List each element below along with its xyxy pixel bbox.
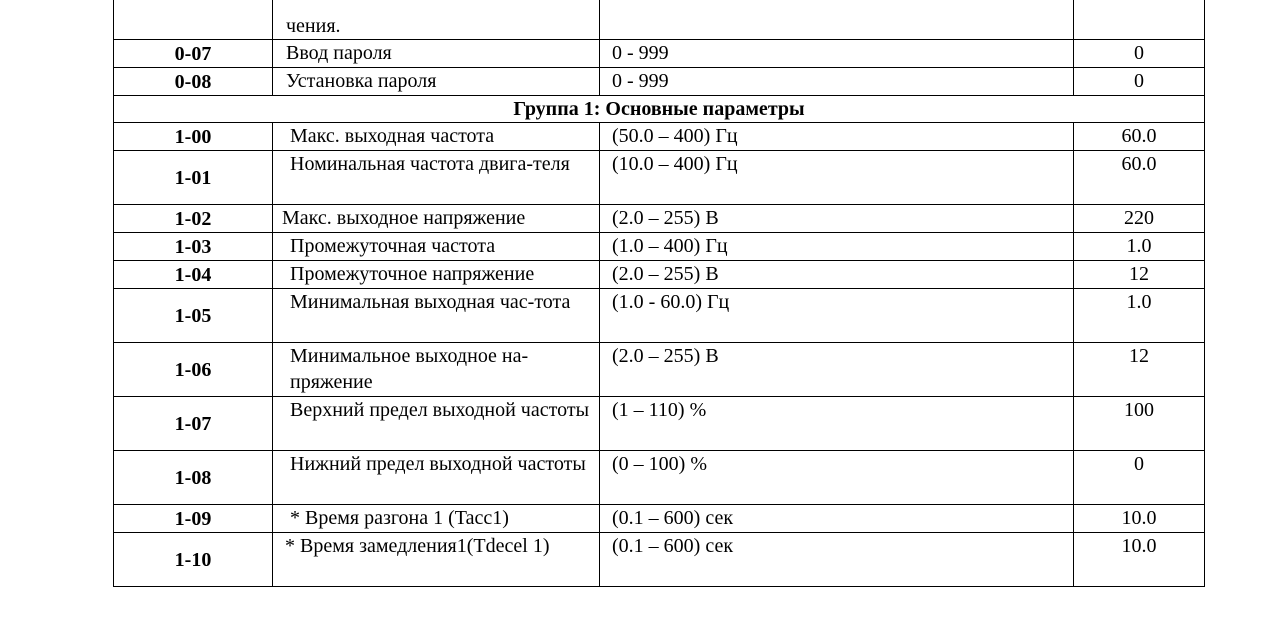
param-range: (0 – 100) % (600, 451, 1074, 505)
table-row: 1-10 * Время замедления1(Tdecel 1) (0.1 … (114, 533, 1205, 587)
param-name: Установка пароля (273, 68, 600, 96)
param-code: 1-04 (114, 261, 273, 289)
parameters-table: чения. 0-07 Ввод пароля 0 - 999 0 0-08 У… (113, 0, 1205, 587)
table-row: 1-05 Минимальная выходная час-тота (1.0 … (114, 289, 1205, 343)
param-range: 0 - 999 (600, 68, 1074, 96)
param-range: (2.0 – 255) В (600, 261, 1074, 289)
param-default: 0 (1074, 40, 1205, 68)
param-default: 0 (1074, 451, 1205, 505)
table-row: 1-09 * Время разгона 1 (Tacc1) (0.1 – 60… (114, 505, 1205, 533)
table-row: 1-07 Верхний предел выходной частоты (1 … (114, 397, 1205, 451)
param-range: (1 – 110) % (600, 397, 1074, 451)
param-default: 60.0 (1074, 123, 1205, 151)
param-name: Минимальная выходная час-тота (273, 289, 600, 343)
param-code: 1-03 (114, 233, 273, 261)
table-row: 1-00 Макс. выходная частота (50.0 – 400)… (114, 123, 1205, 151)
param-code: 0-07 (114, 40, 273, 68)
param-code: 1-07 (114, 397, 273, 451)
param-default: 12 (1074, 343, 1205, 397)
param-code (114, 0, 273, 40)
table-row: 1-08 Нижний предел выходной частоты (0 –… (114, 451, 1205, 505)
param-code: 1-02 (114, 205, 273, 233)
table-row: 1-01 Номинальная частота двига-теля (10.… (114, 151, 1205, 205)
param-default: 10.0 (1074, 505, 1205, 533)
param-default: 60.0 (1074, 151, 1205, 205)
param-default: 1.0 (1074, 289, 1205, 343)
table-row: 1-04 Промежуточное напряжение (2.0 – 255… (114, 261, 1205, 289)
param-default: 100 (1074, 397, 1205, 451)
param-range (600, 0, 1074, 40)
param-name: Промежуточная частота (273, 233, 600, 261)
param-code: 1-05 (114, 289, 273, 343)
param-code: 1-00 (114, 123, 273, 151)
param-range: (2.0 – 255) В (600, 205, 1074, 233)
param-default: 220 (1074, 205, 1205, 233)
param-code: 0-08 (114, 68, 273, 96)
table-row: 1-02 Макс. выходное напряжение (2.0 – 25… (114, 205, 1205, 233)
param-default: 1.0 (1074, 233, 1205, 261)
table-row: 0-08 Установка пароля 0 - 999 0 (114, 68, 1205, 96)
param-default (1074, 0, 1205, 40)
param-default: 12 (1074, 261, 1205, 289)
param-range: (0.1 – 600) сек (600, 533, 1074, 587)
table-row: 1-06 Минимальное выходное на-пряжение (2… (114, 343, 1205, 397)
param-range: (1.0 – 400) Гц (600, 233, 1074, 261)
param-code: 1-08 (114, 451, 273, 505)
param-name: Верхний предел выходной частоты (273, 397, 600, 451)
param-name: * Время разгона 1 (Tacc1) (273, 505, 600, 533)
param-default: 0 (1074, 68, 1205, 96)
param-range: (10.0 – 400) Гц (600, 151, 1074, 205)
param-range: 0 - 999 (600, 40, 1074, 68)
param-name: Промежуточное напряжение (273, 261, 600, 289)
param-code: 1-09 (114, 505, 273, 533)
group-title: Группа 1: Основные параметры (114, 96, 1205, 123)
param-default: 10.0 (1074, 533, 1205, 587)
param-name: Макс. выходное напряжение (273, 205, 600, 233)
table-row: чения. (114, 0, 1205, 40)
param-name: * Время замедления1(Tdecel 1) (273, 533, 600, 587)
param-code: 1-10 (114, 533, 273, 587)
param-name: чения. (273, 0, 600, 40)
param-code: 1-06 (114, 343, 273, 397)
group-header-row: Группа 1: Основные параметры (114, 96, 1205, 123)
param-name: Минимальное выходное на-пряжение (273, 343, 600, 397)
param-range: (1.0 - 60.0) Гц (600, 289, 1074, 343)
param-range: (0.1 – 600) сек (600, 505, 1074, 533)
param-range: (50.0 – 400) Гц (600, 123, 1074, 151)
param-name: Ввод пароля (273, 40, 600, 68)
param-range: (2.0 – 255) В (600, 343, 1074, 397)
param-name: Нижний предел выходной частоты (273, 451, 600, 505)
table-row: 0-07 Ввод пароля 0 - 999 0 (114, 40, 1205, 68)
param-name: Номинальная частота двига-теля (273, 151, 600, 205)
table-row: 1-03 Промежуточная частота (1.0 – 400) Г… (114, 233, 1205, 261)
param-name: Макс. выходная частота (273, 123, 600, 151)
param-code: 1-01 (114, 151, 273, 205)
